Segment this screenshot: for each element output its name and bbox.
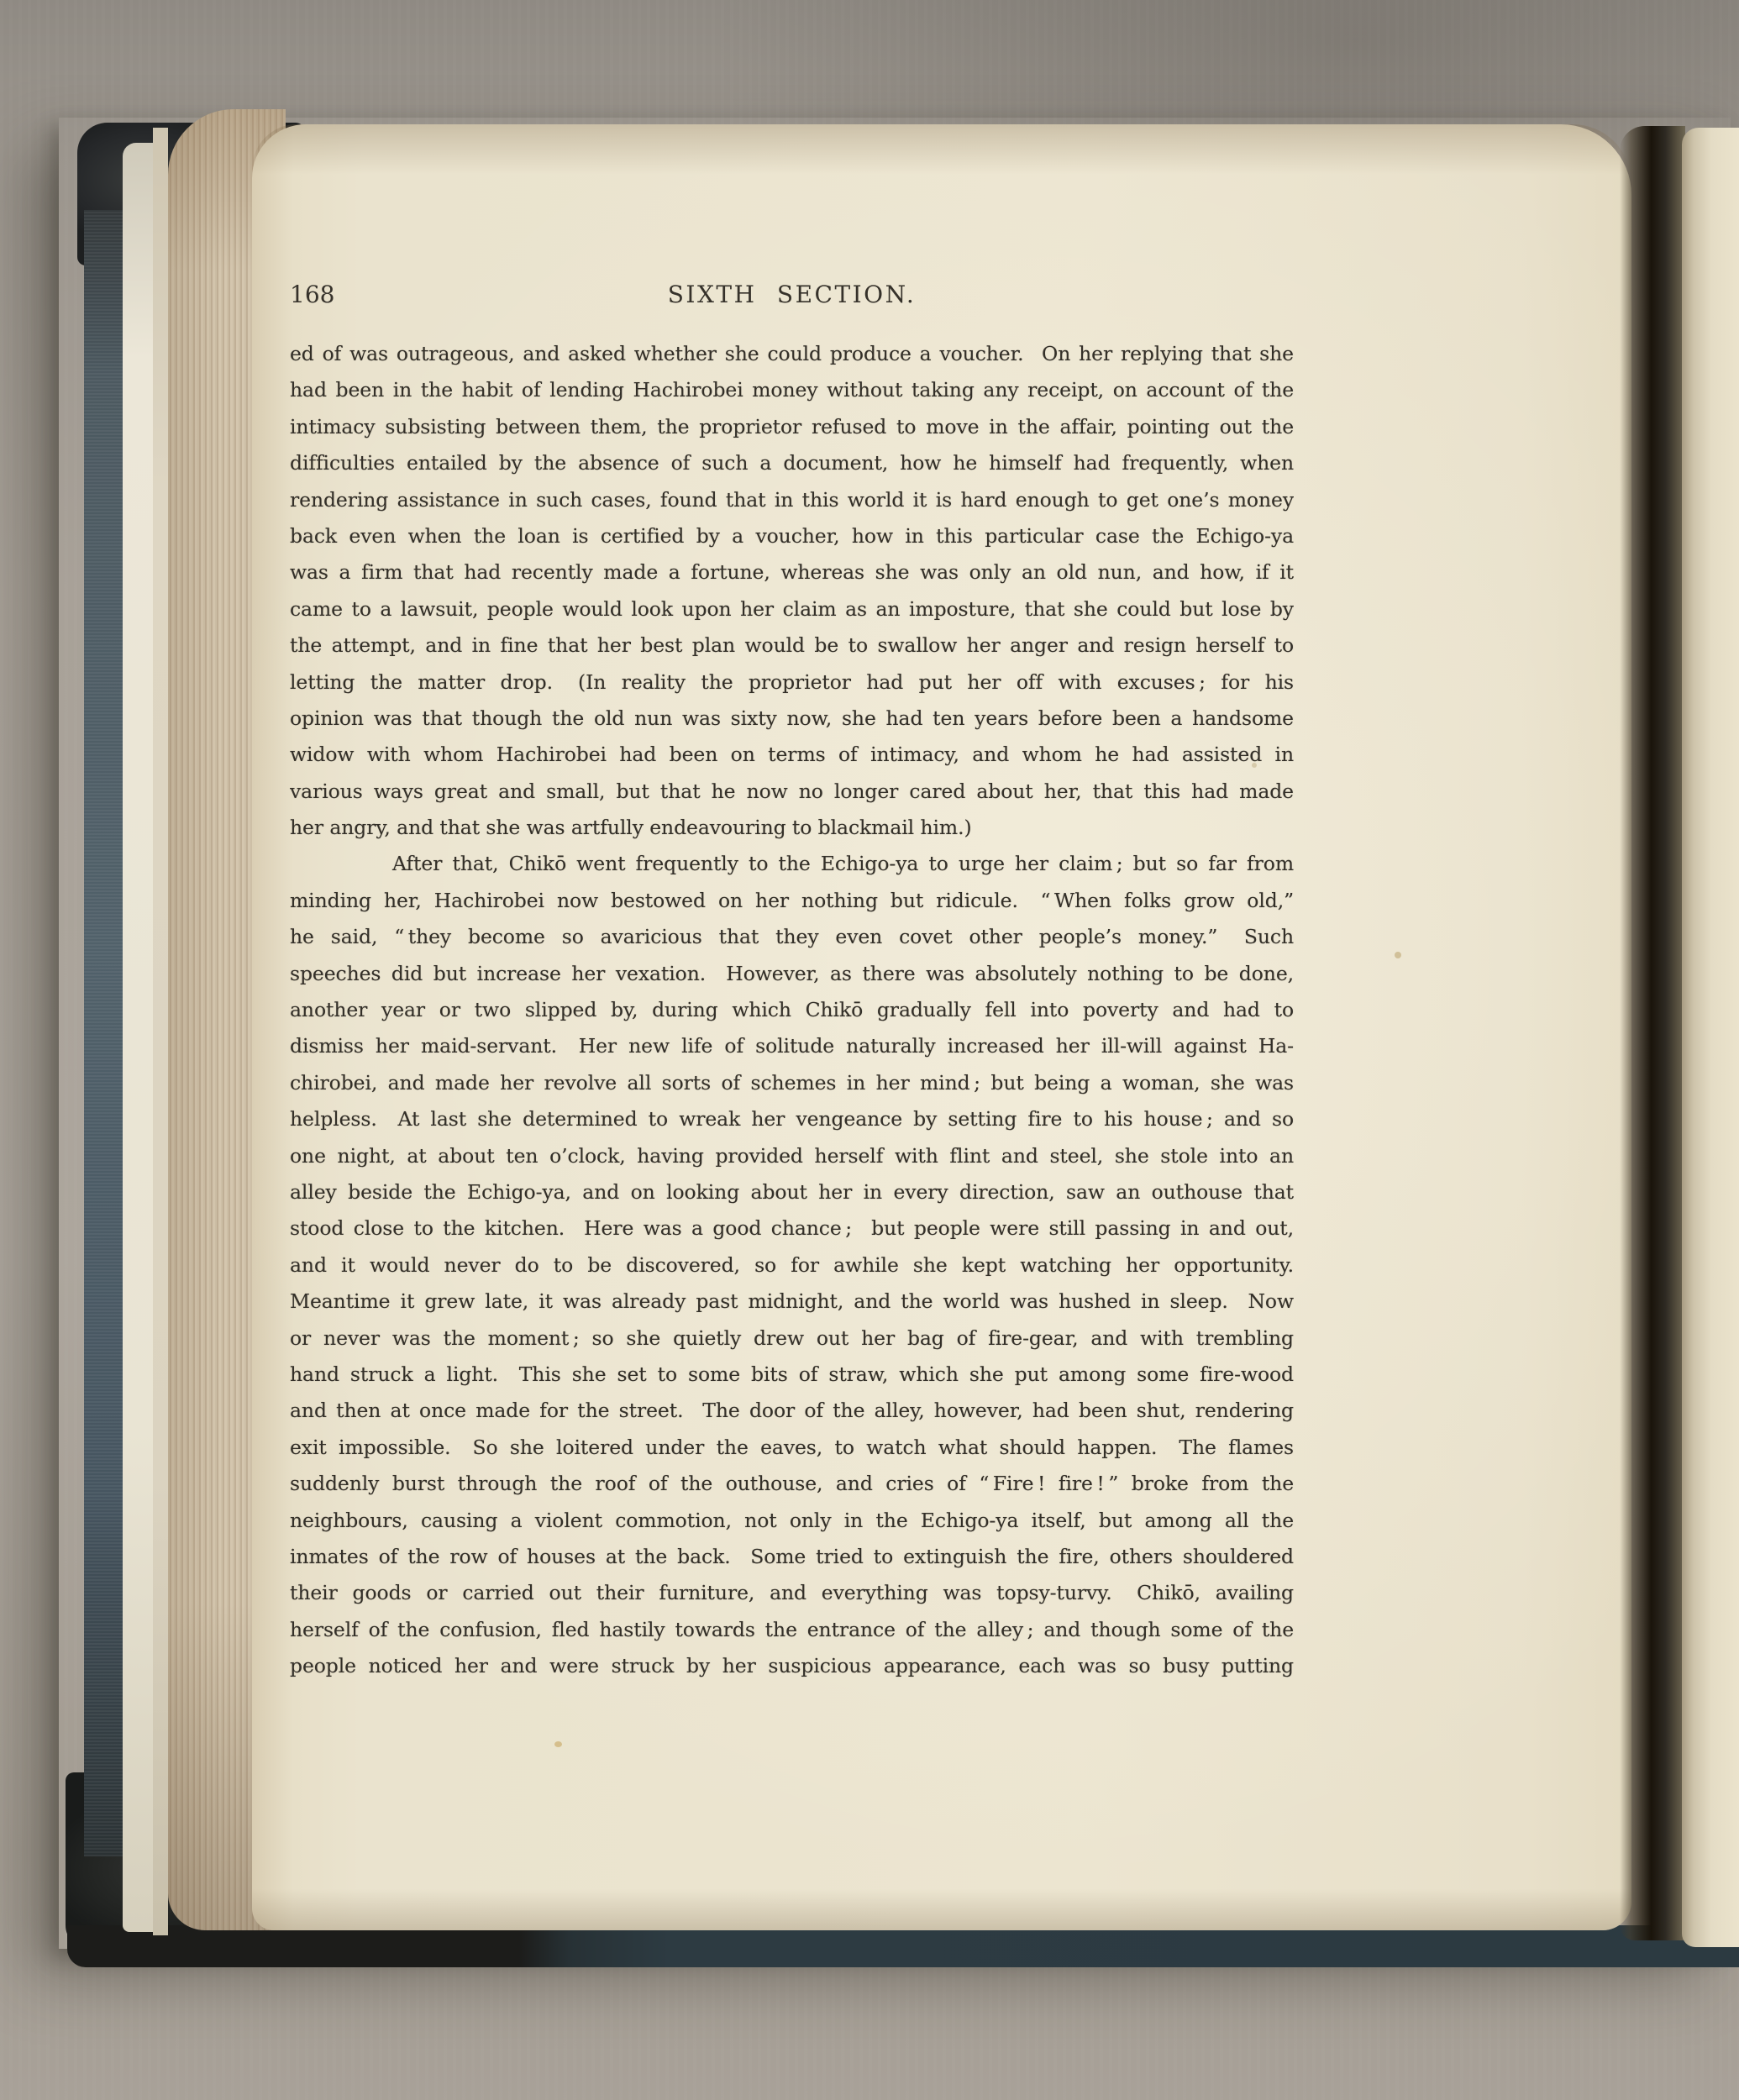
text-line: Meantime it grew late, it was already pa… — [290, 1284, 1294, 1320]
text-line: another year or two slipped by, during w… — [290, 992, 1294, 1028]
book-photo: { "page": { "number": "168", "header": "… — [0, 0, 1739, 2100]
text-line: stood close to the kitchen. Here was a g… — [290, 1210, 1294, 1247]
text-line: After that, Chikō went frequently to the… — [290, 846, 1294, 882]
text-line: widow with whom Hachirobei had been on t… — [290, 737, 1294, 773]
front-cover-cloth-edge — [84, 210, 123, 1856]
text-line: various ways great and small, but that h… — [290, 774, 1294, 810]
paragraph: After that, Chikō went frequently to the… — [290, 846, 1294, 1684]
text-line: ed of was outrageous, and asked whether … — [290, 336, 1294, 372]
text-line: their goods or carried out their furnitu… — [290, 1575, 1294, 1611]
text-line: letting the matter drop. (In reality the… — [290, 664, 1294, 701]
text-line: was a firm that had recently made a fort… — [290, 554, 1294, 591]
text-line: inmates of the row of houses at the back… — [290, 1539, 1294, 1575]
right-page-edge — [1682, 128, 1739, 1947]
bottom-cover-edge — [67, 1925, 1739, 1967]
text-line: helpless. At last she determined to wrea… — [290, 1101, 1294, 1137]
text-line: intimacy subsisting between them, the pr… — [290, 409, 1294, 445]
text-line: her angry, and that she was artfully end… — [290, 810, 1294, 846]
page-top-shade — [252, 124, 1631, 183]
text-line: dismiss her maid-servant. Her new life o… — [290, 1028, 1294, 1064]
text-line: chirobei, and made her revolve all sorts… — [290, 1065, 1294, 1101]
text-line: and then at once made for the street. Th… — [290, 1393, 1294, 1429]
text-line: he said, “ they become so avaricious tha… — [290, 919, 1294, 955]
text-line: had been in the habit of lending Hachiro… — [290, 372, 1294, 408]
page-gutter-shadow — [1620, 126, 1685, 1940]
text-line: suddenly burst through the roof of the o… — [290, 1466, 1294, 1502]
running-header: SIXTH SECTION. — [290, 278, 1294, 312]
text-line: herself of the confusion, fled hastily t… — [290, 1612, 1294, 1648]
text-line: back even when the loan is certified by … — [290, 518, 1294, 554]
foxing-speck — [554, 1741, 562, 1747]
text-line: neighbours, causing a violent commotion,… — [290, 1503, 1294, 1539]
left-page: 168 SIXTH SECTION. ed of was outrageous,… — [252, 124, 1631, 1930]
foxing-speck — [1395, 952, 1401, 958]
text-line: minding her, Hachirobei now bestowed on … — [290, 883, 1294, 919]
paragraph: ed of was outrageous, and asked whether … — [290, 336, 1294, 846]
text-line: hand struck a light. This she set to som… — [290, 1357, 1294, 1393]
text-line: difficulties entailed by the absence of … — [290, 445, 1294, 481]
page-bottom-shade — [252, 1884, 1631, 1930]
text-line: the attempt, and in fine that her best p… — [290, 627, 1294, 664]
text-line: speeches did but increase her vexation. … — [290, 956, 1294, 992]
text-line: opinion was that though the old nun was … — [290, 701, 1294, 737]
text-line: rendering assistance in such cases, foun… — [290, 482, 1294, 518]
text-line: exit impossible. So she loitered under t… — [290, 1430, 1294, 1466]
text-line: alley beside the Echigo-ya, and on looki… — [290, 1174, 1294, 1210]
pale-leaf-edge — [153, 128, 168, 1935]
endpaper-edge — [123, 143, 153, 1932]
text-line: people noticed her and were struck by he… — [290, 1648, 1294, 1684]
text-line: came to a lawsuit, people would look upo… — [290, 591, 1294, 627]
text-line: or never was the moment ; so she quietly… — [290, 1320, 1294, 1357]
text-line: and it would never do to be discovered, … — [290, 1247, 1294, 1284]
running-header-row: 168 SIXTH SECTION. — [290, 278, 1294, 312]
text-line: one night, at about ten o’clock, having … — [290, 1138, 1294, 1174]
text-block: ed of was outrageous, and asked whether … — [290, 336, 1294, 1684]
